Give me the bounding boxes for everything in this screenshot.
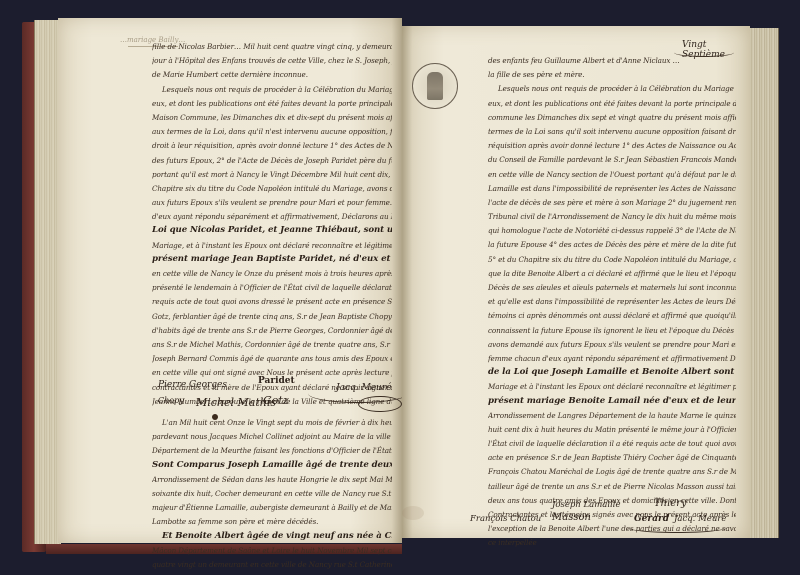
text-line: Maison Commune, les Dimanches dix et dix… [152,111,392,125]
official-seal-stamp [412,63,458,109]
left-act-text: fille de Nicolas Barbier… Mil huit cent … [152,40,392,409]
text-line: droit à leur réquisition, après avoir do… [152,139,392,153]
text-line: Décès de ses aïeules et aïeuls paternels… [488,281,736,295]
text-line: fille de Nicolas Barbier… Mil huit cent … [152,40,392,54]
text-line-names: Loi que Nicolas Paridet, et Jeanne Thiéb… [152,224,392,238]
text-line: Mâcon Département de Saône et Loire le h… [152,544,392,558]
text-line: avons demandé aux futurs Epoux s'ils veu… [488,338,736,352]
signature-thiery: Thiery [654,498,687,509]
text-line: réquisition après avoir donné lecture 1°… [488,139,736,153]
text-line: témoins ci après dénommés ont aussi décl… [488,309,736,323]
right-act-text: des enfants feu Guillaume Albert et d'An… [488,54,736,551]
text-line: que la dite Benoite Albert a ci déclaré … [488,267,736,281]
text-line: Lesquels nous ont requis de procéder à l… [152,83,392,97]
text-line: Chapitre six du titre du Code Napoléon i… [152,182,392,196]
text-line: Joseph Bernard Commis âgé de quarante an… [152,352,392,366]
text-line: Département de la Meurthe faisant les fo… [152,444,392,458]
text-line: L'an Mil huit cent Onze le Vingt sept du… [152,416,392,430]
text-line-names: présent mariage Benoite Lamail née d'eux… [488,395,736,409]
text-line: en cette ville de Nancy section de l'Oue… [488,168,736,182]
seal-figure-icon [427,72,443,100]
text-line: termes de la Loi sans qu'il soit interve… [488,125,736,139]
signature-pierre-georges: Pierre Georges [158,380,227,390]
text-line: soixante dix huit, Cocher demeurant en c… [152,487,392,501]
text-line: François Chatou Maréchal de Logis âgé de… [488,465,736,479]
text-line: du Conseil de Famille pardevant le S.r J… [488,153,736,167]
text-line: la future Epouse 4° des actes de Décès d… [488,238,736,252]
text-line: de Marie Humbert cette dernière inconnue… [152,68,392,82]
left-page: …mariage Bailly… fille de Nicolas Barbie… [58,18,402,543]
text-line: et qu'elle est dans l'impossibilité de r… [488,295,736,309]
text-line: ce interpellée [488,536,736,550]
text-line: Tribunal civil de l'Arrondissement de Na… [488,210,736,224]
text-line: Arrondissement de Langres Département de… [488,409,736,423]
text-line: Arrondissement de Sédan dans les haute H… [152,473,392,487]
text-line: l'État civil de laquelle déclaration il … [488,437,736,451]
text-line: la fille de ses père et mère. [488,68,736,82]
page-edges-right [750,28,779,538]
text-line: Lambotte sa femme son père et mère décéd… [152,515,392,529]
text-line: qui homologue l'acte de Notoriété ci-des… [488,224,736,238]
signature-masson: Masson [552,512,591,523]
text-line: présenté le lendemain à l'Officier de l'… [152,281,392,295]
text-line-names: de la Loi que Joseph Lamaille et Benoite… [488,366,736,380]
text-line: d'habits âgé de trente ans S.r de Pierre… [152,324,392,338]
text-line: des enfants feu Guillaume Albert et d'An… [488,54,736,68]
signature-paraph [358,396,402,412]
text-line: d'eux ayant répondu séparément et affirm… [152,210,392,224]
signature-chopy: Chopy [158,396,184,405]
text-line: eux, et dont les publications ont été fa… [488,97,736,111]
open-register-book: …mariage Bailly… fille de Nicolas Barbie… [22,18,780,558]
left-second-act-text: L'an Mil huit cent Onze le Vingt sept du… [152,416,392,572]
text-line: connaissent la future Epouse ils ignoren… [488,324,736,338]
text-line: quatre vingt un demeurant en cette ville… [152,558,392,572]
text-line: Mariage et à l'instant les Epoux ont déc… [488,380,736,394]
text-line: des futurs Epoux, 2° de l'Acte de Décès … [152,154,392,168]
text-line: Lesquels nous ont requis de procéder à l… [488,82,736,96]
text-line: Mariage, et à l'instant les Epoux ont dé… [152,239,392,253]
signature-flourish-right [627,522,727,533]
text-line: commune les Dimanches dix sept et vingt … [488,111,736,125]
page-edges-left [34,20,61,544]
signature-paridet: Paridet [258,376,295,386]
text-line-names: présent mariage Jean Baptiste Paridet, n… [152,253,392,267]
text-line: ans S.r de Michel Mathis, Cordonnier âgé… [152,338,392,352]
signature-lamaille: Joseph Lamaille [552,500,621,510]
text-line: l'acte de décès de ses père et mère à so… [488,196,736,210]
text-line: Lamaille est dans l'impossibilité de rep… [488,182,736,196]
text-line: Gotz, ferblantier âgé de trente cinq ans… [152,310,392,324]
signature-chatou: François Chatou [470,514,541,524]
text-line: femme chacun d'eux ayant répondu séparém… [488,352,736,366]
text-line: pardevant nous Jacques Michel Collinet a… [152,430,392,444]
right-page: Vingt Septième des enfants feu Guillaume… [402,26,750,538]
text-line-names: Sont Comparus Joseph Lamaille âgé de tre… [152,459,392,473]
text-line: requis acte de tout quoi avons dressé le… [152,295,392,309]
text-line: portant qu'il est mort à Nancy le Vingt … [152,168,392,182]
text-line: majeur d'Étienne Lamaille, aubergiste de… [152,501,392,515]
text-line: jour à l'Hôpital des Enfans trouvés de c… [152,54,392,68]
text-line: 5° et du Chapitre six du titre du Code N… [488,253,736,267]
signature-gotz: Gotz [263,394,289,407]
paper-stain [402,506,424,520]
text-line: eux, et dont les publications ont été fa… [152,97,392,111]
text-line: aux futurs Epoux s'ils veulent se prendr… [152,196,392,210]
text-line-names: Et Benoite Albert âgée de vingt neuf ans… [152,530,392,544]
text-line: en cette ville de Nancy le Onze du prése… [152,267,392,281]
text-line: huit cent dix à huit heures du Matin pré… [488,423,736,437]
text-line: aux termes de la Loi, dans qu'il n'est i… [152,125,392,139]
text-line: tailleur âgé de trente un ans S.r et de … [488,480,736,494]
text-line: acte en présence S.r de Jean Baptiste Th… [488,451,736,465]
